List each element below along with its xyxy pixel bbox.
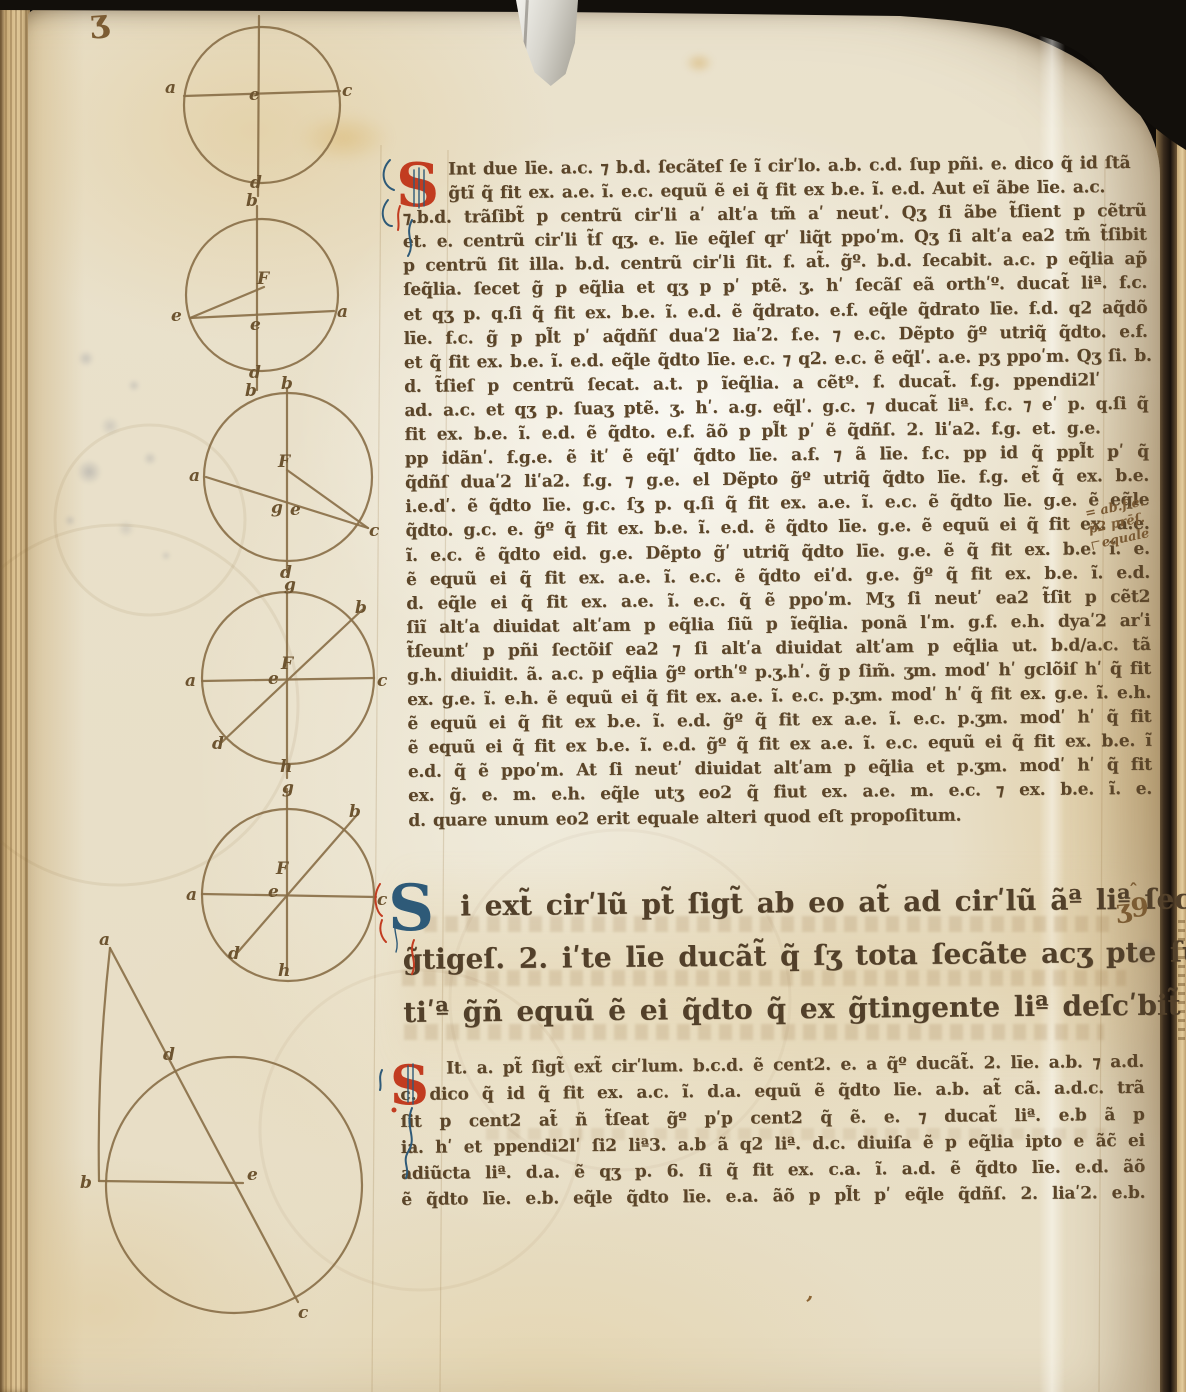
figure-label: g (282, 778, 294, 798)
figure-label: h (278, 961, 290, 981)
figure-label: c (298, 1303, 309, 1323)
text-block-proposition-2-enunciation: i ext̃ cirʹlũ pt̃ ſigt̃ ab eo at̃ ad cir… (402, 873, 1139, 1039)
illuminated-initial-blue-S-2: S (372, 862, 482, 982)
figure-label: d (228, 944, 240, 964)
figure-circle-3: b a F g e c d (189, 374, 380, 583)
figure-circle-2: F e e a d b (171, 206, 348, 401)
figure-label: a (185, 671, 196, 691)
figure-label: c (377, 671, 388, 691)
figure-label: d (250, 173, 262, 193)
manuscript-photo: a e c d b F e e a d b b a F g e (0, 0, 1186, 1392)
figure-label: F (256, 269, 271, 289)
figure-circle-4: g b a F e c d h (185, 575, 388, 778)
figure-label: e (268, 669, 279, 689)
initial-letter: S (390, 1053, 429, 1117)
figure-label: F (280, 654, 295, 674)
figure-label: d (249, 363, 261, 383)
figure-label: e (268, 882, 279, 902)
figure-label: c (369, 521, 380, 541)
figure-label: g (271, 498, 283, 518)
text-line: i ext̃ cirʹlũ pt̃ ſigt̃ ab eo at̃ ad cir… (402, 873, 1138, 933)
figure-label: b (355, 598, 367, 618)
initial-letter: S (388, 871, 434, 946)
figure-label: g (284, 575, 296, 595)
text-block-proposition-3: It. a. pt̃ ſigt̃ ext̃ cirʹlum. b.c.d. ẽ … (400, 1049, 1145, 1214)
figure-label: b (281, 374, 293, 394)
folio-number: ʒ (89, 1, 110, 40)
figure-label: b (80, 1173, 92, 1193)
figure-label: b (245, 381, 257, 401)
figure-label: e (171, 306, 182, 326)
text-block-proposition-1: Int due līe. a.c. ⁊ b.d. ſecãteſ ſe ĩ ci… (402, 151, 1152, 833)
figure-circle-1: a e c d b (165, 16, 353, 211)
figure-label: e (249, 85, 260, 105)
figure-label: d (163, 1045, 175, 1065)
figure-label: F (275, 859, 290, 879)
figure-label: F (277, 452, 292, 472)
initial-letter: S (396, 151, 439, 221)
figure-label: a (337, 302, 348, 322)
quire-mark: ʒ9 ˆ (1115, 893, 1150, 926)
illuminated-initial-red-S-1: S (378, 142, 478, 262)
figure-circle-5: g b F e a c d h (186, 778, 388, 981)
text-line: tiʹª g̃ñ equũ ẽ ei q̃dto q̃ ex g̃tingent… (403, 979, 1139, 1039)
figure-label: a (186, 885, 197, 905)
figure-label: e (247, 1165, 258, 1185)
figure-label: h (280, 757, 292, 777)
figure-label: a (165, 78, 176, 98)
figure-label: b (349, 802, 361, 822)
figure-circle-6-tangent: a d b e c (80, 930, 362, 1323)
figure-label: c (342, 81, 353, 101)
text-line: g̃tigeſ. 2. iʹte līe ducãt̃ q̃ ſʒ tota ſ… (403, 926, 1139, 986)
quire-mark-hat: ˆ (1129, 880, 1140, 902)
figure-label: a (189, 466, 200, 486)
figure-label: e (250, 315, 261, 335)
figure-label: a (99, 930, 110, 950)
illuminated-initial-red-S-3: S (374, 1044, 474, 1184)
figure-label: d (212, 734, 224, 754)
figure-label: e (290, 500, 301, 520)
